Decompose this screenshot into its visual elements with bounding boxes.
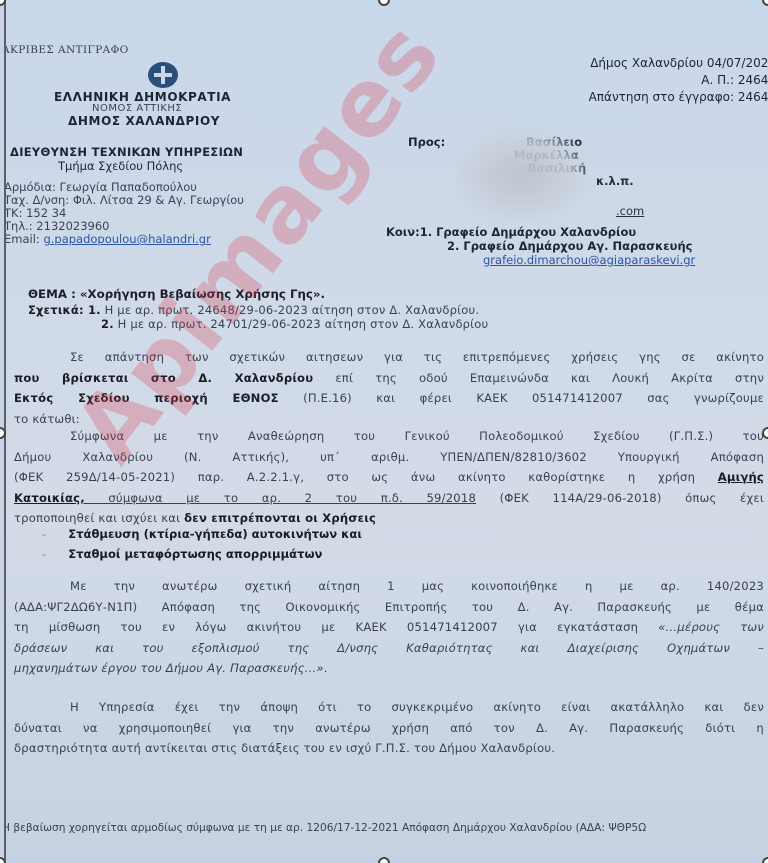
protocol-number: Α. Π.: 24648 bbox=[701, 73, 768, 87]
related-item-1: Σχετικά: 1. Η με αρ. πρωτ. 24648/29-06-2… bbox=[28, 303, 479, 317]
paragraph-1: Σε απάντηση των σχετικών αιτησεων για τι… bbox=[14, 347, 764, 429]
contact-phone: Τηλ.: 2132023960 bbox=[4, 219, 109, 233]
contact-address: Ταχ. Δ/νση: Φιλ. Λίτσα 29 & Αγ. Γεωργίου bbox=[4, 193, 244, 207]
cc-line-1: Κοιν:1. Γραφείο Δημάρχου Χαλανδρίου bbox=[386, 225, 636, 239]
prefecture-heading: ΝΟΜΟΣ ΑΤΤΙΚΗΣ bbox=[92, 103, 182, 114]
republic-heading: ΕΛΛΗΝΙΚΗ ΔΗΜΟΚΡΑΤΙΑ bbox=[54, 90, 231, 104]
recipient-line: κ.λ.π. bbox=[596, 174, 634, 188]
redacted-recipient-area bbox=[456, 130, 586, 220]
resize-handle-bottom[interactable] bbox=[378, 857, 390, 863]
resize-handle-bottom-right[interactable] bbox=[762, 857, 768, 863]
contact-person: Αρμόδια: Γεωργία Παπαδοπούλου bbox=[4, 180, 197, 194]
paragraph-2: Σύμφωνα με την Αναθεώρηση του Γενικού Πο… bbox=[14, 426, 764, 529]
document-date: Δήμος Χαλανδρίου 04/07/2023 bbox=[590, 56, 768, 70]
recipient-email-link[interactable]: .com bbox=[616, 204, 644, 218]
contact-email-row: Email: g.papadopoulou@halandri.gr bbox=[4, 232, 211, 246]
related-item-2: 2. Η με αρ. πρωτ. 24701/29-06-2023 αίτησ… bbox=[101, 317, 488, 331]
cc-email-link[interactable]: grafeio.dimarchou@agiaparaskevi.gr bbox=[483, 253, 695, 267]
prohibited-use-item: -Στάθμευση (κτίρια-γήπεδα) αυτοκινήτων κ… bbox=[42, 527, 362, 541]
cc-line-2: 2. Γραφείο Δημάρχου Αγ. Παρασκευής bbox=[447, 239, 692, 253]
subject-line: ΘΕΜΑ : «Χορήγηση Βεβαίωσης Χρήσης Γης». bbox=[28, 287, 325, 301]
section-heading: Τμήμα Σχεδίου Πόλης bbox=[58, 159, 183, 173]
contact-email-link[interactable]: g.papadopoulou@halandri.gr bbox=[43, 232, 210, 246]
email-label: Email: bbox=[4, 232, 43, 246]
reply-reference: Απάντηση στο έγγραφο: 24648 bbox=[589, 90, 768, 104]
cc-label: Κοιν: bbox=[386, 225, 420, 239]
contact-postcode: ΤΚ: 152 34 bbox=[4, 206, 66, 220]
municipality-heading: ΔΗΜΟΣ ΧΑΛΑΝΔΡΙΟΥ bbox=[68, 114, 220, 128]
certified-copy-stamp: ΑΚΡΙΒΕΣ ΑΝΤΙΓΡΑΦΟ bbox=[4, 44, 129, 56]
paragraph-4: Η Υπηρεσία έχει την άποψη ότι το συγκεκρ… bbox=[14, 697, 764, 759]
directorate-heading: ΔΙΕΥΘΥΝΣΗ ΤΕΧΝΙΚΩΝ ΥΠΗΡΕΣΙΩΝ bbox=[10, 145, 243, 159]
footer-authorization: Η βεβαίωση χορηγείται αρμοδίως σύμφωνα μ… bbox=[4, 822, 646, 834]
document-image[interactable]: ΑΚΡΙΒΕΣ ΑΝΤΙΓΡΑΦΟ ΕΛΛΗΝΙΚΗ ΔΗΜΟΚΡΑΤΙΑ ΝΟ… bbox=[4, 0, 768, 863]
to-label: Προς: bbox=[408, 135, 445, 149]
paragraph-3: Με την ανωτέρω σχετική αίτηση 1 μας κοιν… bbox=[14, 576, 764, 679]
resize-handle-right[interactable] bbox=[762, 427, 768, 439]
prohibited-use-item: -Σταθμοί μεταφόρτωσης απορριμμάτων bbox=[42, 547, 322, 561]
greek-coat-of-arms-icon bbox=[148, 62, 178, 88]
